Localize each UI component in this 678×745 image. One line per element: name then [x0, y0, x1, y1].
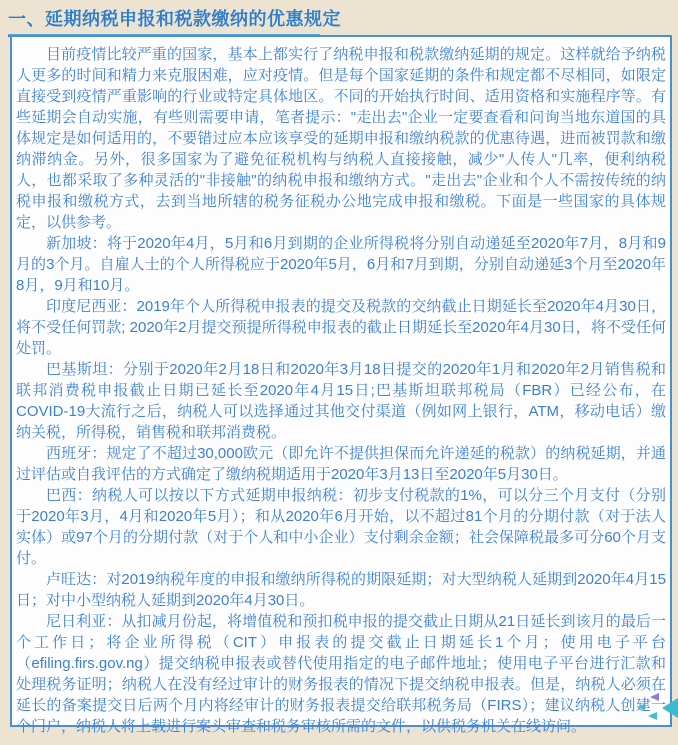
paragraph-pakistan: 巴基斯坦：分别于2020年2月18日和2020年3月18日提交的2020年1月和… — [16, 359, 666, 443]
paragraph-nigeria: 尼日利亚：从扣减月份起，将增值税和预扣税申报的提交截止日期从21日延长到该月的最… — [16, 611, 666, 737]
triangle-left-teal-small-icon — [648, 712, 657, 720]
paragraph-spain: 西班牙：规定了不超过30,000欧元（即允许不提供担保而允许递延的税款）的纳税延… — [16, 443, 666, 485]
paragraph-brazil: 巴西：纳税人可以按以下方式延期申报纳税：初步支付税款的1%，可以分三个月支付（分… — [16, 485, 666, 569]
document-header: 一、延期纳税申报和税款缴纳的优惠规定 — [0, 0, 678, 37]
triangle-left-teal-large-icon — [662, 698, 678, 718]
page-title: 一、延期纳税申报和税款缴纳的优惠规定 — [8, 7, 678, 31]
paragraph-singapore: 新加坡：将于2020年4月，5月和6月到期的企业所得税将分别自动递延至2020年… — [16, 233, 666, 296]
paragraph-indonesia: 印度尼西亚：2019年个人所得税申报表的提交及税款的交纳截止日期延长至2020年… — [16, 296, 666, 359]
triangle-left-teal-tiny-icon — [637, 704, 644, 710]
paragraph-intro: 目前疫情比较严重的国家，基本上都实行了纳税申报和税款缴纳延期的规定。这样就给予纳… — [16, 44, 666, 233]
paragraph-rwanda: 卢旺达：对2019纳税年度的申报和缴纳所得税的期限延期；对大型纳税人延期到202… — [16, 569, 666, 611]
document-page: 一、延期纳税申报和税款缴纳的优惠规定 目前疫情比较严重的国家，基本上都实行了纳税… — [0, 0, 678, 745]
decorative-triangles — [637, 692, 678, 722]
content-box: 目前疫情比较严重的国家，基本上都实行了纳税申报和税款缴纳延期的规定。这样就给予纳… — [10, 35, 672, 727]
triangle-left-purple-icon — [650, 693, 659, 701]
